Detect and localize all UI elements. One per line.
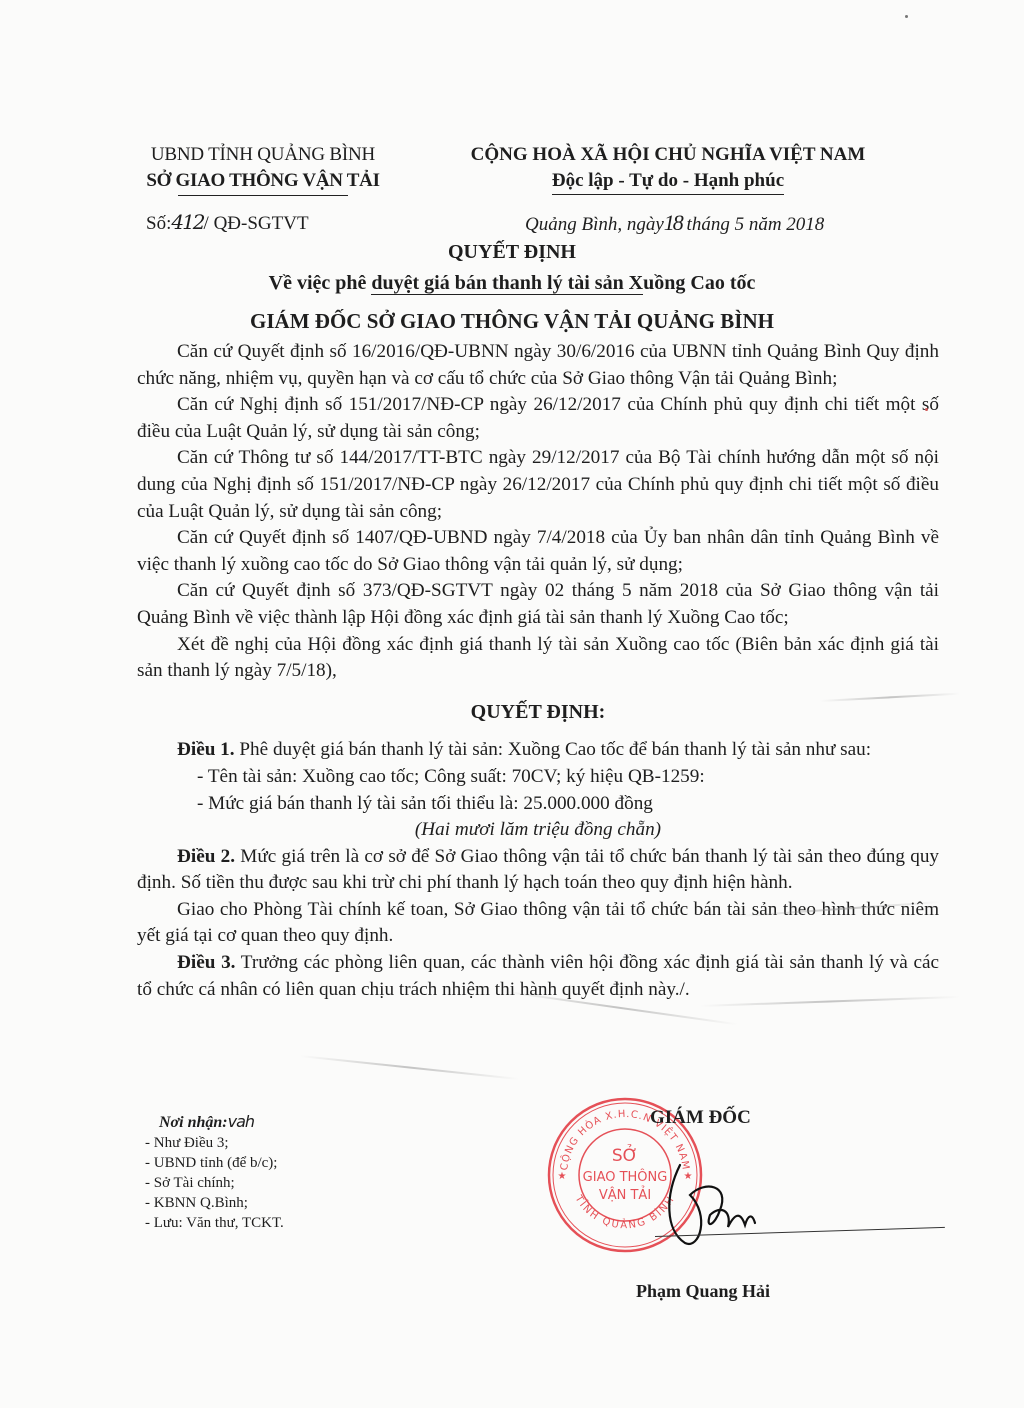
- article-2-assignment: Giao cho Phòng Tài chính kế toan, Sở Gia…: [137, 897, 939, 950]
- article-3-label: Điều 3.: [177, 952, 235, 973]
- article-1-text: Phê duyệt giá bán thanh lý tài sản: Xuồn…: [235, 739, 872, 760]
- number-suffix: / QĐ-SGTVT: [204, 213, 309, 234]
- document-number: Số:412/ QĐ-SGTVT: [146, 210, 309, 235]
- paper-crease: [300, 1055, 519, 1080]
- stamp-center-mid: GIAO THÔNG: [583, 1169, 668, 1185]
- scan-speck: [925, 408, 928, 411]
- handwritten-initials: vah: [228, 1112, 254, 1131]
- stamp-center-top: SỞ: [612, 1143, 638, 1166]
- issuing-authority-block: UBND TỈNH QUẢNG BÌNH SỞ GIAO THÔNG VẬN T…: [138, 142, 388, 196]
- article-2: Điều 2. Mức giá trên là cơ sở để Sở Giao…: [137, 844, 939, 897]
- department-name: SỞ GIAO THÔNG VẬN TẢI: [138, 168, 388, 194]
- preamble-clause: Căn cứ Nghị định số 151/2017/NĐ-CP ngày …: [137, 392, 939, 445]
- article-2-text: Mức giá trên là cơ sở để Sở Giao thông v…: [137, 846, 939, 894]
- recipient-item: - UBND tỉnh (để b/c);: [145, 1153, 284, 1173]
- country-name: CỘNG HOÀ XÃ HỘI CHỦ NGHĨA VIỆT NAM: [448, 142, 888, 168]
- national-motto: Độc lập - Tự do - Hạnh phúc: [552, 169, 784, 195]
- issuer-title: GIÁM ĐỐC SỞ GIAO THÔNG VẬN TẢI QUẢNG BÌN…: [0, 309, 1024, 334]
- number-prefix: Số:: [146, 213, 171, 234]
- subject-underlined-part: duyệt giá bán thanh lý tài sản X: [371, 272, 643, 295]
- recipient-item: - Sở Tài chính;: [145, 1173, 284, 1193]
- svg-text:★: ★: [558, 1171, 567, 1182]
- date-suffix: tháng 5 năm 2018: [687, 214, 825, 235]
- signatory-name: Phạm Quang Hải: [636, 1281, 770, 1302]
- decision-heading: QUYẾT ĐỊNH:: [137, 699, 939, 726]
- signatory-title: GIÁM ĐỐC: [650, 1107, 751, 1129]
- preamble-clause: Căn cứ Quyết định số 16/2016/QĐ-UBNN ngà…: [137, 339, 939, 392]
- recipient-item: - Lưu: Văn thư, TCKT.: [145, 1213, 284, 1233]
- recipients-title-text: Nơi nhận:: [159, 1114, 228, 1131]
- price-in-words: (Hai mươi lăm triệu đồng chẵn): [137, 817, 939, 844]
- article-1-label: Điều 1.: [177, 739, 235, 760]
- recipients-title: Nơi nhận:vah: [159, 1112, 284, 1133]
- document-date: Quảng Bình, ngày18 tháng 5 năm 2018: [525, 210, 824, 236]
- article-1-item: - Mức giá bán thanh lý tài sản tối thiểu…: [137, 791, 939, 818]
- handwritten-day: 18: [664, 210, 682, 235]
- document-subject: Về việc phê duyệt giá bán thanh lý tài s…: [0, 272, 1024, 295]
- preamble-clause: Căn cứ Thông tư số 144/2017/TT-BTC ngày …: [137, 445, 939, 525]
- document-type-title: QUYẾT ĐỊNH: [0, 241, 1024, 264]
- handwritten-number: 412: [171, 210, 203, 234]
- article-2-label: Điều 2.: [177, 846, 235, 867]
- subject-part: uồng Cao tốc: [643, 272, 755, 294]
- authority-name: UBND TỈNH QUẢNG BÌNH: [138, 142, 388, 168]
- scan-speck: [905, 15, 908, 18]
- stamp-center-bot: VẬN TẢI: [599, 1186, 651, 1203]
- department-underline: [178, 195, 348, 196]
- preamble-clause: Căn cứ Quyết định số 373/QĐ-SGTVT ngày 0…: [137, 578, 939, 631]
- recipients-block: Nơi nhận:vah - Như Điều 3; - UBND tỉnh (…: [145, 1112, 284, 1233]
- preamble-clause: Căn cứ Quyết định số 1407/QĐ-UBND ngày 7…: [137, 525, 939, 578]
- recipient-item: - KBNN Q.Bình;: [145, 1193, 284, 1213]
- date-prefix: Quảng Bình, ngày: [525, 214, 664, 235]
- national-heading-block: CỘNG HOÀ XÃ HỘI CHỦ NGHĨA VIỆT NAM Độc l…: [448, 142, 888, 195]
- article-3-text: Trưởng các phòng liên quan, các thành vi…: [137, 952, 939, 1000]
- article-1: Điều 1. Phê duyệt giá bán thanh lý tài s…: [137, 737, 939, 764]
- recipient-item: - Như Điều 3;: [145, 1133, 284, 1153]
- document-body: Căn cứ Quyết định số 16/2016/QĐ-UBNN ngà…: [137, 339, 939, 1003]
- subject-part: Về việc phê: [269, 272, 372, 294]
- article-1-item: - Tên tài sản: Xuồng cao tốc; Công suất:…: [137, 764, 939, 791]
- preamble-clause: Xét đề nghị của Hội đồng xác định giá th…: [137, 632, 939, 685]
